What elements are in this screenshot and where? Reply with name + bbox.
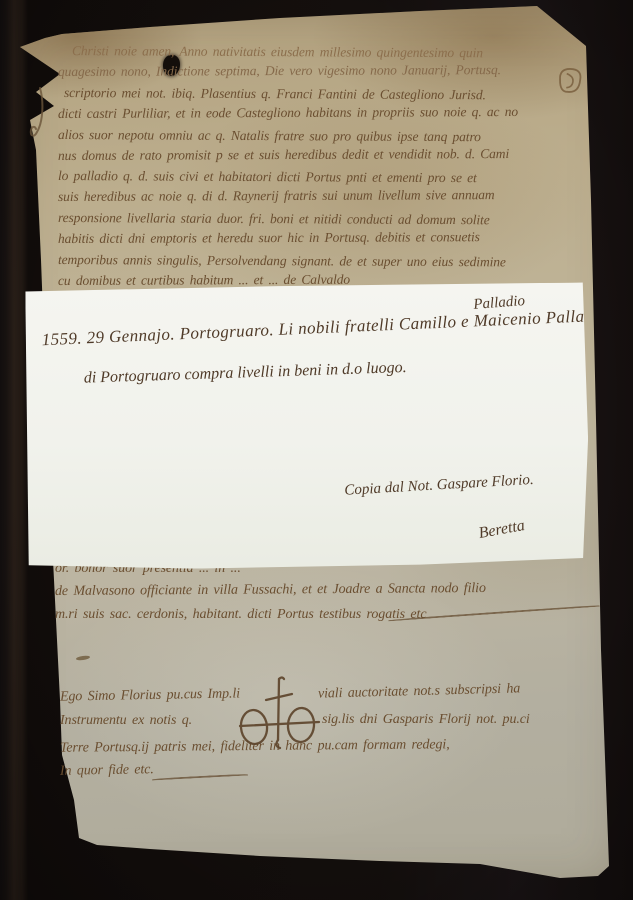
manuscript-line: sig.lis dni Gasparis Florij not. pu.ci [322,712,530,728]
note-strip: Palladio 1559. 29 Gennajo. Portogruaro. … [25,283,588,570]
manuscript-line: Ego Simo Florius pu.cus Imp.li [60,686,240,705]
manuscript-top-block: Christi noie amen, Anno nativitatis eius… [58,41,590,292]
manuscript-line: dicti castri Purliliar, et in eode Caste… [58,101,590,124]
strip-line-1: 1559. 29 Gennajo. Portogruaro. Li nobili… [41,306,607,351]
strip-attribution: Copia dal Not. Gaspare Florio. [344,472,534,500]
strip-line-2: di Portogruaro compra livelli in beni in… [84,359,407,388]
strip-signature: Beretta [477,517,526,543]
manuscript-line: nus domus de rato promisit p se et suis … [58,143,590,166]
manuscript-line: m.ri suis sac. cerdonis, habitant. dicti… [55,603,600,626]
manuscript-line: In quor fide etc. [60,762,154,780]
manuscript-line: habitis dicti dni emptoris et heredu suo… [58,227,590,250]
margin-pen-mark [28,86,48,142]
notary-sign-icon [233,676,325,764]
manuscript-line: de Malvasono officiante in villa Fussach… [55,576,600,603]
manuscript-line: suis heredibus ac noie q. di d. Raynerij… [58,185,590,208]
manuscript-line: Instrumentu ex notis q. [60,713,192,729]
manuscript-line: quagesimo nono, Indictione septima, Die … [58,60,590,83]
